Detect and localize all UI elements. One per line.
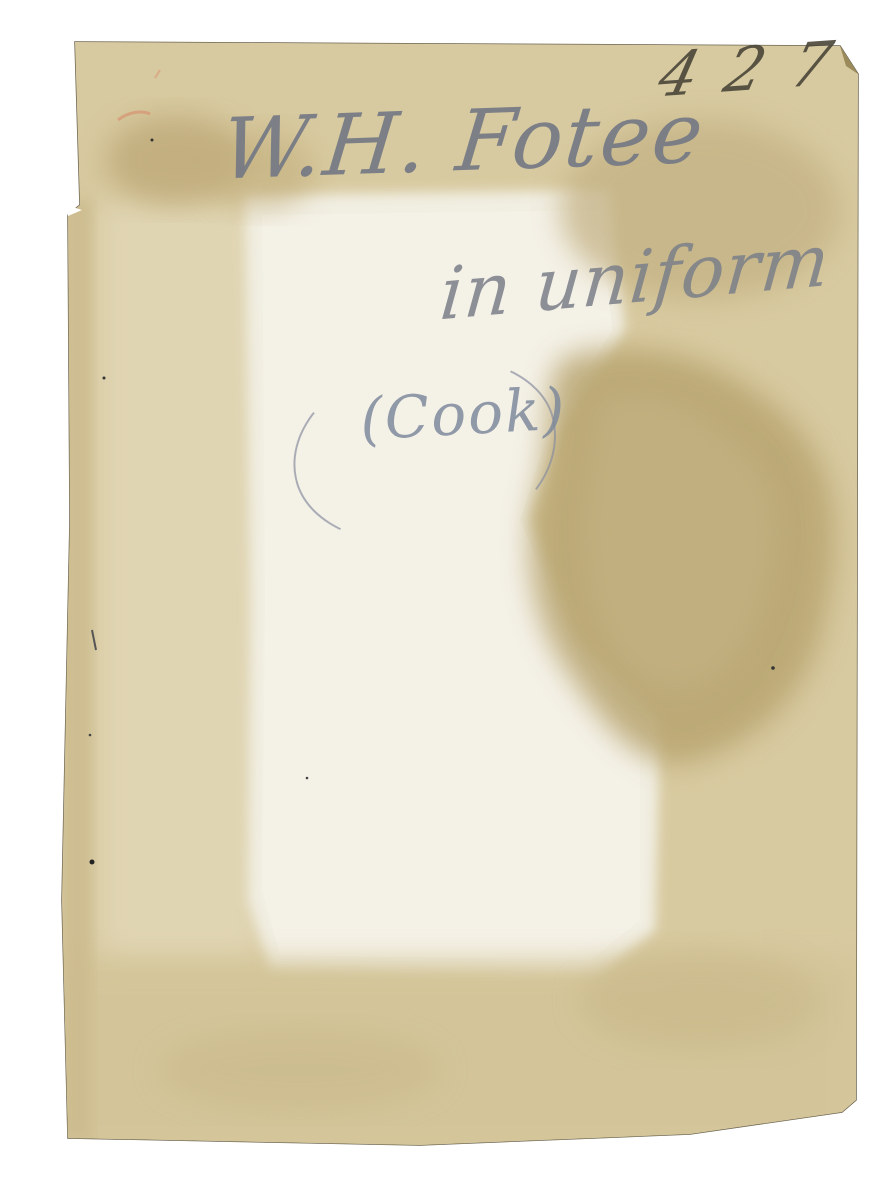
handwritten-role: (Cook) [358, 375, 568, 454]
photo-card-back-stage: 427 W.H. Fotee in uniform (Cook) [0, 0, 895, 1200]
handwritten-name: W.H. Fotee [217, 83, 710, 198]
